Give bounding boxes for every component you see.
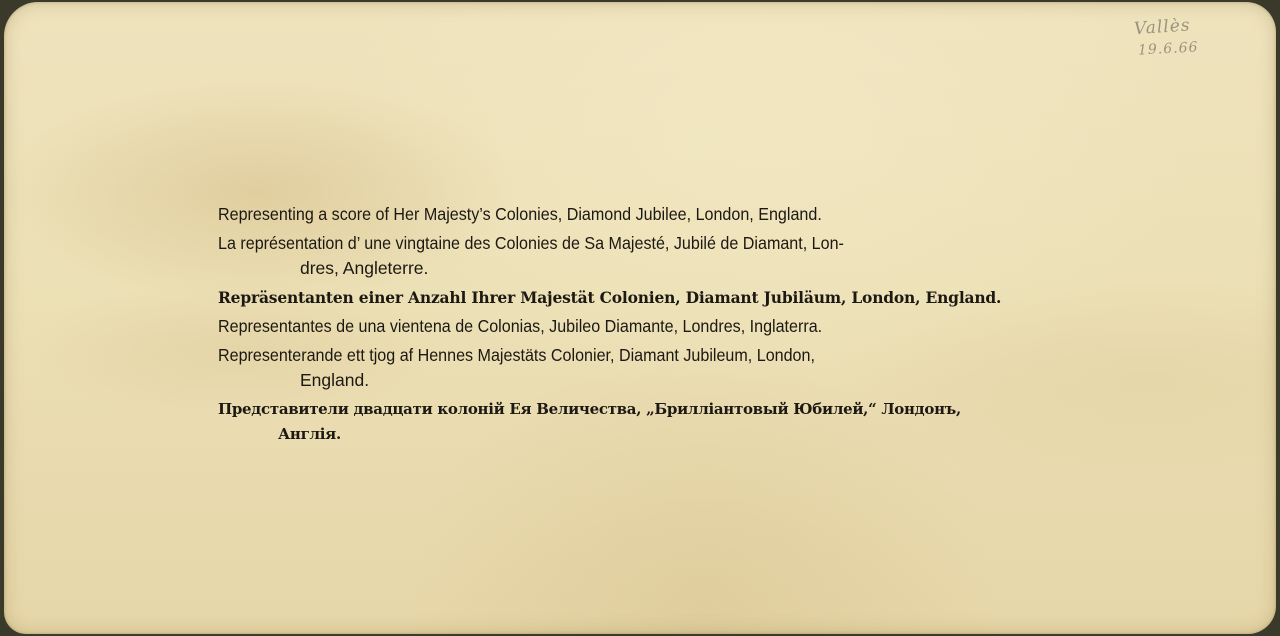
caption-line: Representantes de una vientena de Coloni… bbox=[218, 314, 1066, 339]
handwritten-pencil-note: Vallès 19.6.66 bbox=[1134, 16, 1198, 60]
handwritten-date: 19.6.66 bbox=[1137, 36, 1199, 61]
caption-english: Representing a score of Her Majesty’s Co… bbox=[218, 202, 1066, 227]
caption-line: Представители двадцати колоній Ея Величе… bbox=[218, 400, 961, 418]
caption-line: Representerande ett tjog af Hennes Majes… bbox=[218, 343, 1066, 368]
caption-russian: Представители двадцати колоній Ея Величе… bbox=[218, 397, 1066, 447]
scanned-card-image: Vallès 19.6.66 Representing a score of H… bbox=[0, 0, 1280, 636]
caption-continuation: dres, Angleterre. bbox=[218, 256, 1066, 281]
stereoview-card-back: Vallès 19.6.66 Representing a score of H… bbox=[4, 2, 1276, 634]
caption-continuation: England. bbox=[218, 368, 1066, 393]
caption-swedish: Representerande ett tjog af Hennes Majes… bbox=[218, 343, 1066, 393]
caption-continuation: Англія. bbox=[218, 422, 1066, 447]
multilingual-caption-block: Representing a score of Her Majesty’s Co… bbox=[218, 202, 1066, 451]
caption-german: Repräsentanten einer Anzahl Ihrer Majest… bbox=[218, 285, 1066, 310]
caption-line: Repräsentanten einer Anzahl Ihrer Majest… bbox=[218, 288, 1001, 307]
caption-spanish: Representantes de una vientena de Coloni… bbox=[218, 314, 1066, 339]
caption-french: La représentation d’ une vingtaine des C… bbox=[218, 231, 1066, 281]
caption-line: Representing a score of Her Majesty’s Co… bbox=[218, 202, 1066, 227]
caption-line: La représentation d’ une vingtaine des C… bbox=[218, 231, 1066, 256]
